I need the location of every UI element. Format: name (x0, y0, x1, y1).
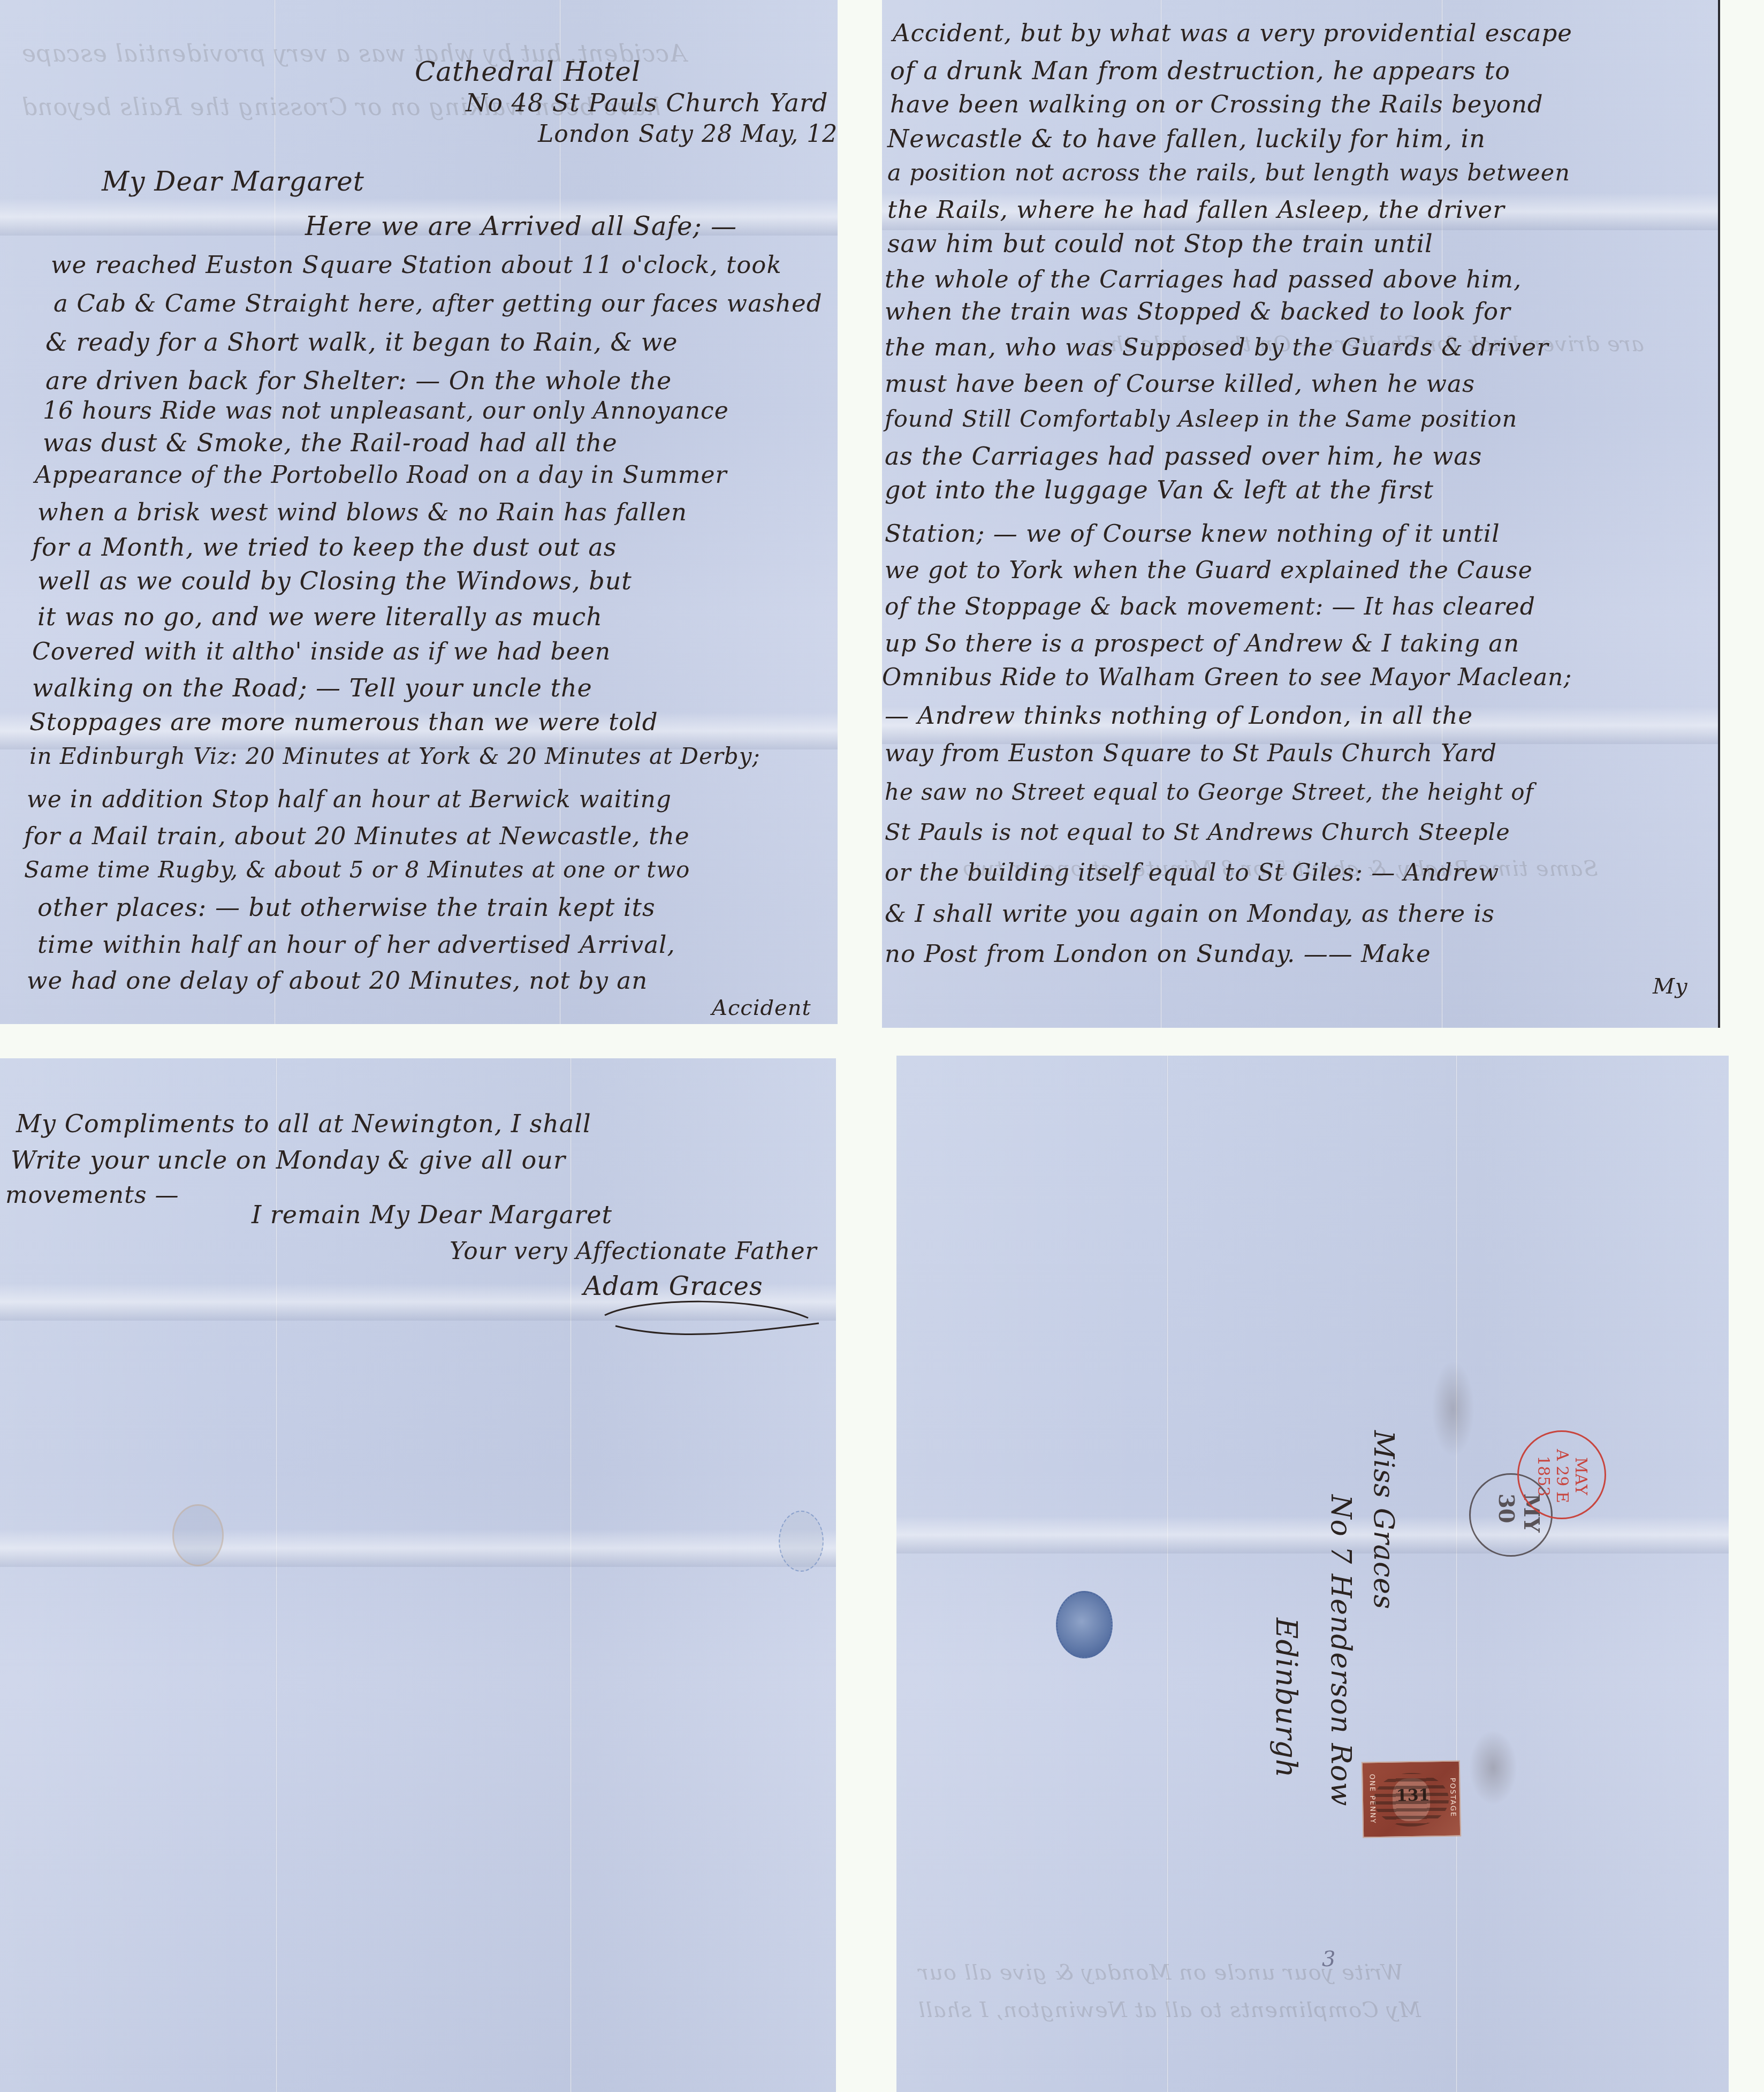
ink-smudge (1432, 1361, 1474, 1457)
text-line: no Post from London on Sunday. —— Make (885, 939, 1431, 968)
text-line: saw him but could not Stop the train unt… (887, 229, 1433, 258)
letter-page-2: are driven back for Shelter: — On the wh… (882, 0, 1720, 1028)
text-line: Appearance of the Portobello Road on a d… (35, 461, 727, 489)
text-line: Same time Rugby, & about 5 or 8 Minutes … (24, 856, 690, 883)
ink-smudge (1469, 1730, 1517, 1805)
catchword: My (1653, 974, 1688, 999)
text-line: My Compliments to all at Newington, I sh… (16, 1109, 591, 1138)
fold-line (1456, 1056, 1457, 2092)
fold-line (1167, 1056, 1168, 2092)
text-line: Newcastle & to have fallen, luckily for … (887, 124, 1486, 153)
postmark-month: MAY (1571, 1431, 1590, 1522)
address-city: Edinburgh (1269, 1618, 1303, 1778)
text-line: — Andrew thinks nothing of London, in al… (885, 701, 1473, 730)
letter-page-3: My Compliments to all at Newington, I sh… (0, 1058, 836, 2092)
letter-page-4-address-panel: My Compliments to all at Newington, I sh… (896, 1056, 1729, 2092)
bleed-through-text: My Compliments to all at Newington, I sh… (918, 1998, 1421, 2022)
pencil-mark: 3 (1322, 1947, 1336, 1972)
text-line: of a drunk Man from destruction, he appe… (890, 56, 1510, 85)
text-line: when the train was Stopped & backed to l… (885, 297, 1511, 325)
text-line: Covered with it altho' inside as if we h… (32, 638, 611, 665)
text-line: Accident, but by what was a very provide… (893, 19, 1572, 47)
text-line: Here we are Arrived all Safe; — (305, 211, 737, 241)
text-line: well as we could by Closing the Windows,… (37, 566, 632, 595)
text-line: St Pauls is not equal to St Andrews Chur… (885, 819, 1510, 846)
text-line: up So there is a prospect of Andrew & I … (885, 629, 1519, 657)
text-line: it was no go, and we were literally as m… (37, 602, 603, 631)
dateline: London Saty 28 May, 12 o'c (538, 120, 838, 148)
text-line: must have been of Course killed, when he… (885, 369, 1475, 398)
text-line: & I shall write you again on Monday, as … (885, 899, 1495, 928)
text-line: we in addition Stop half an hour at Berw… (27, 786, 672, 813)
stamp-right-text: POSTAGE (1448, 1778, 1457, 1817)
text-line: time within half an hour of her advertis… (37, 930, 675, 959)
text-line: we had one delay of about 20 Minutes, no… (27, 966, 648, 995)
valediction: Your very Affectionate Father (450, 1238, 817, 1265)
text-line: of the Stoppage & back movement: — It ha… (885, 593, 1535, 620)
text-line: found Still Comfortably Asleep in the Sa… (885, 406, 1517, 433)
hotel-address: No 48 St Pauls Church Yard (466, 88, 828, 117)
wax-seal-impression (172, 1504, 224, 1566)
catchword: Accident (712, 996, 811, 1020)
text-line: are driven back for Shelter: — On the wh… (45, 366, 672, 395)
text-line: we got to York when the Guard explained … (885, 557, 1533, 584)
text-line: have been walking on or Crossing the Rai… (890, 90, 1544, 118)
text-line: as the Carriages had passed over him, he… (885, 442, 1482, 471)
blue-wax-seal (1056, 1591, 1113, 1658)
red-dated-postmark: MAY A 29 E 1853 (1517, 1430, 1606, 1519)
postmark-day: A 29 E (1553, 1431, 1571, 1522)
text-line: 16 hours Ride was not unpleasant, our on… (43, 397, 729, 425)
text-line: the whole of the Carriages had passed ab… (885, 265, 1522, 293)
address-recipient: Miss Graces (1367, 1430, 1400, 1610)
postmark-year: 1853 (1534, 1431, 1553, 1522)
text-line: Write your uncle on Monday & give all ou… (11, 1146, 566, 1174)
text-line: a Cab & Came Straight here, after gettin… (54, 289, 822, 317)
text-line: we reached Euston Square Station about 1… (51, 251, 782, 279)
text-line: he saw no Street equal to George Street,… (885, 779, 1534, 805)
text-line: Stoppages are more numerous than we were… (29, 708, 658, 736)
salutation: My Dear Margaret (102, 166, 364, 197)
text-line: when a brisk west wind blows & no Rain h… (37, 498, 687, 526)
text-line: other places: — but otherwise the train … (37, 893, 656, 922)
text-line: got into the luggage Van & left at the f… (885, 475, 1434, 504)
text-line: & ready for a Short walk, it began to Ra… (45, 328, 678, 357)
wax-seal-mark (779, 1511, 824, 1572)
text-line: was dust & Smoke, the Rail-road had all … (43, 428, 618, 457)
text-line: a position not across the rails, but len… (887, 160, 1570, 186)
text-line: way from Euston Square to St Pauls Churc… (885, 740, 1497, 767)
text-line: movements — (5, 1181, 179, 1209)
text-line: Station; — we of Course knew nothing of … (885, 519, 1500, 548)
text-line: the Rails, where he had fallen Asleep, t… (887, 195, 1505, 224)
postmark-inner: MAY A 29 E 1853 (1534, 1431, 1590, 1522)
hotel-name: Cathedral Hotel (415, 56, 641, 87)
closing-line: I remain My Dear Margaret (252, 1200, 612, 1229)
address-street: No 7 Henderson Row (1325, 1495, 1357, 1806)
text-line: or the building itself equal to St Giles… (885, 859, 1499, 886)
fold-crease (0, 1529, 836, 1567)
letter-page-1: Accident, but by what was a very provide… (0, 0, 838, 1024)
text-line: for a Mail train, about 20 Minutes at Ne… (24, 822, 690, 850)
text-line: in Edinburgh Viz: 20 Minutes at York & 2… (29, 743, 761, 769)
penny-red-stamp: ONE PENNY POSTAGE 131 (1362, 1760, 1461, 1838)
signature-flourish (599, 1294, 824, 1342)
text-line: for a Month, we tried to keep the dust o… (32, 533, 617, 562)
fold-crease (896, 1516, 1729, 1553)
text-line: Omnibus Ride to Walham Green to see Mayo… (882, 664, 1572, 691)
text-line: walking on the Road; — Tell your uncle t… (32, 673, 592, 702)
stamp-cancel-bars (1373, 1772, 1449, 1827)
text-line: the man, who was Supposed by the Guards … (885, 333, 1549, 361)
